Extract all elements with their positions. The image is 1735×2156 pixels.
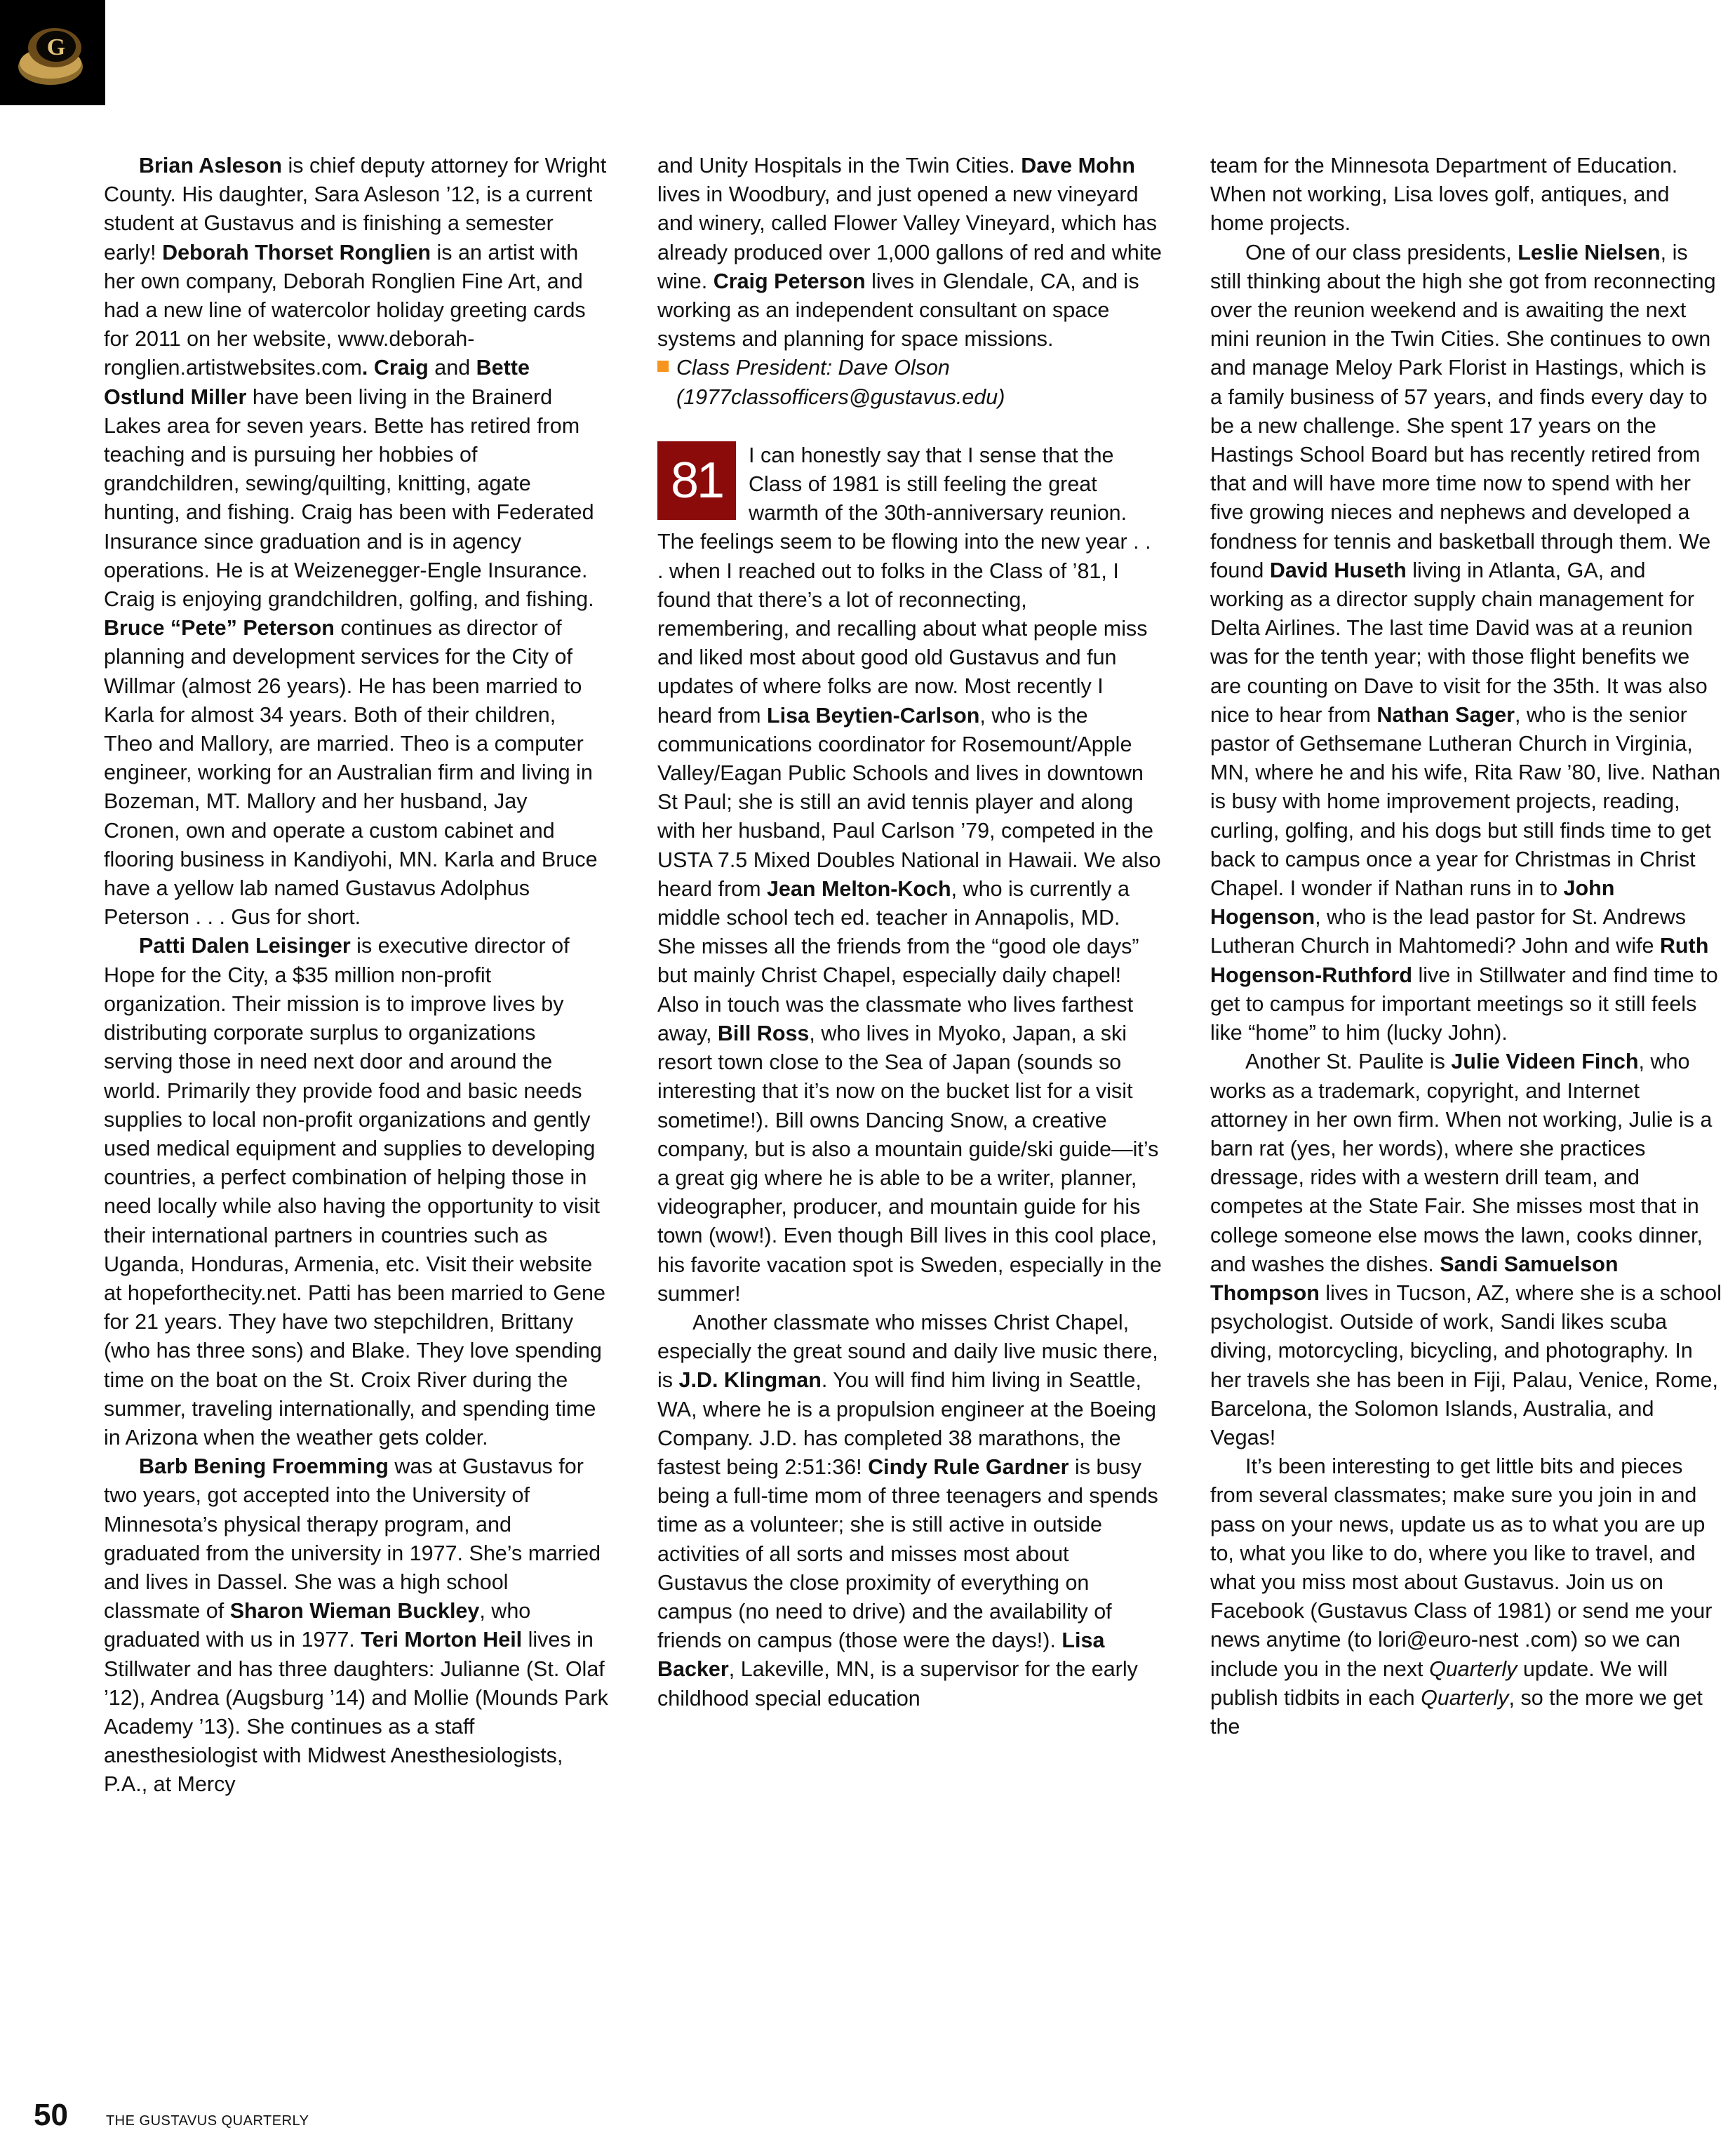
- entry-paragraph: Patti Dalen Leisinger is executive direc…: [104, 932, 609, 1452]
- publication-name: THE GUSTAVUS QUARTERLY: [106, 2113, 309, 2129]
- entry-paragraph: I can honestly say that I sense that the…: [657, 441, 1163, 1308]
- page-footer: 50 THE GUSTAVUS QUARTERLY: [34, 2098, 309, 2147]
- class-ring-logo: G: [0, 0, 105, 105]
- person-name: David Huseth: [1270, 558, 1407, 582]
- svg-text:G: G: [47, 34, 65, 60]
- orange-bullet-icon: [657, 361, 669, 372]
- person-name: Sharon Wieman Buckley: [230, 1599, 480, 1623]
- entry-paragraph: Another St. Paulite is Julie Videen Finc…: [1210, 1047, 1722, 1452]
- class-president-note: Class President: Dave Olson (1977classof…: [657, 354, 1163, 411]
- person-name: Patti Dalen Leisinger: [139, 934, 351, 958]
- person-name: J.D. Klingman: [679, 1368, 822, 1392]
- person-name: Lisa Backer: [657, 1628, 1104, 1681]
- person-name: Cindy Rule Gardner: [868, 1455, 1069, 1479]
- person-name: Bruce “Pete” Peterson: [104, 616, 335, 640]
- entry-paragraph: One of our class presidents, Leslie Niel…: [1210, 239, 1722, 1048]
- person-name: Ruth Hogenson-Ruthford: [1210, 934, 1708, 986]
- entry-paragraph: Another classmate who misses Christ Chap…: [657, 1308, 1163, 1713]
- column-middle: and Unity Hospitals in the Twin Cities. …: [657, 152, 1163, 1713]
- person-name: Bill Ross: [718, 1022, 810, 1045]
- person-name: Jean Melton-Koch: [767, 877, 951, 901]
- person-name: Craig: [374, 356, 429, 380]
- person-name: Julie Videen Finch: [1451, 1050, 1638, 1073]
- publication-title: Quarterly: [1421, 1686, 1508, 1710]
- publication-title: Quarterly: [1429, 1657, 1517, 1681]
- entry-paragraph: team for the Minnesota Department of Edu…: [1210, 152, 1722, 239]
- person-name: Lisa Beytien-Carlson: [767, 704, 979, 728]
- class-president-email[interactable]: (1977classofficers@gustavus.edu): [676, 383, 1163, 412]
- person-name: .: [362, 356, 368, 380]
- person-name: Bette Ostlund Miller: [104, 356, 530, 408]
- class-year-badge: 81: [657, 441, 736, 520]
- person-name: Barb Bening Froemming: [139, 1454, 389, 1478]
- page-number: 50: [34, 2098, 68, 2133]
- person-name: Teri Morton Heil: [361, 1628, 522, 1652]
- person-name: Dave Mohn: [1021, 154, 1135, 178]
- person-name: Brian Asleson: [139, 154, 282, 178]
- person-name: John Hogenson: [1210, 876, 1614, 929]
- class-ring-icon: G: [0, 0, 105, 105]
- person-name: Deborah Thorset Ronglien: [162, 241, 431, 265]
- person-name: Sandi Samuelson Thompson: [1210, 1252, 1618, 1305]
- entry-paragraph: It’s been interesting to get little bits…: [1210, 1452, 1722, 1741]
- person-name: Craig Peterson: [714, 269, 866, 293]
- entry-paragraph: and Unity Hospitals in the Twin Cities. …: [657, 152, 1163, 354]
- column-right: team for the Minnesota Department of Edu…: [1210, 152, 1722, 1741]
- class-1981-section: 81 I can honestly say that I sense that …: [657, 441, 1163, 1308]
- person-name: Nathan Sager: [1376, 703, 1515, 727]
- column-left: Brian Asleson is chief deputy attorney f…: [104, 152, 609, 1800]
- entry-paragraph: Barb Bening Froemming was at Gustavus fo…: [104, 1452, 609, 1799]
- entry-paragraph: Brian Asleson is chief deputy attorney f…: [104, 152, 609, 932]
- person-name: Leslie Nielsen: [1518, 241, 1660, 265]
- class-president-name: Class President: Dave Olson: [676, 354, 1163, 382]
